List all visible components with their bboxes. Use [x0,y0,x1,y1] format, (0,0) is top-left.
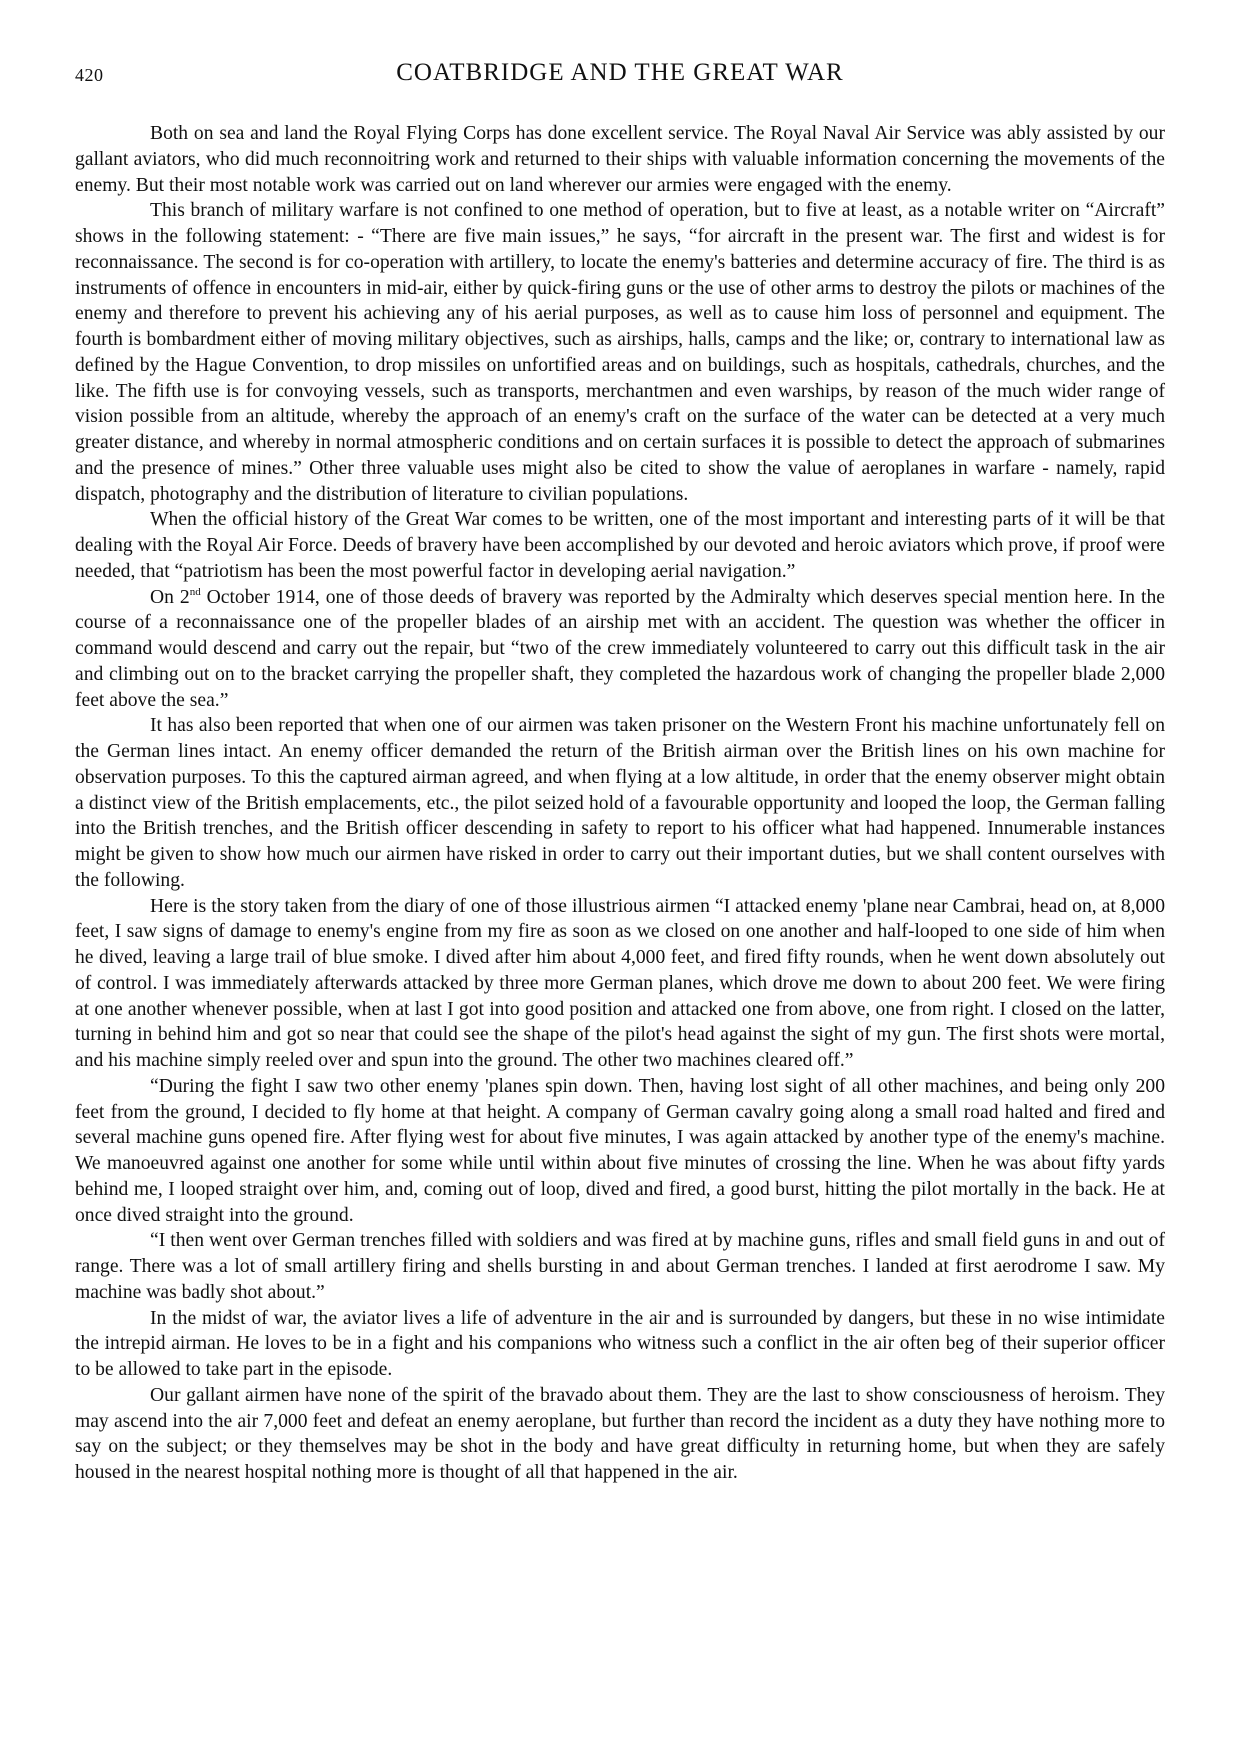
paragraph: In the midst of war, the aviator lives a… [75,1306,1165,1383]
paragraph: “I then went over German trenches filled… [75,1228,1165,1305]
running-header: 420 COATBRIDGE AND THE GREAT WAR [75,59,1165,89]
paragraph: On 2nd October 1914, one of those deeds … [75,585,1165,714]
paragraph: Both on sea and land the Royal Flying Co… [75,121,1165,198]
paragraph: Our gallant airmen have none of the spir… [75,1383,1165,1486]
ordinal-superscript: nd [190,586,201,598]
paragraph-prefix: On 2 [150,587,190,608]
running-title: COATBRIDGE AND THE GREAT WAR [75,59,1165,87]
paragraph-body: October 1914, one of those deeds of brav… [75,587,1165,711]
paragraph: This branch of military warfare is not c… [75,198,1165,507]
paragraph: “During the fight I saw two other enemy … [75,1074,1165,1229]
body-text: Both on sea and land the Royal Flying Co… [75,121,1165,1486]
paragraph: Here is the story taken from the diary o… [75,894,1165,1074]
paragraph: When the official history of the Great W… [75,507,1165,584]
paragraph: It has also been reported that when one … [75,713,1165,893]
